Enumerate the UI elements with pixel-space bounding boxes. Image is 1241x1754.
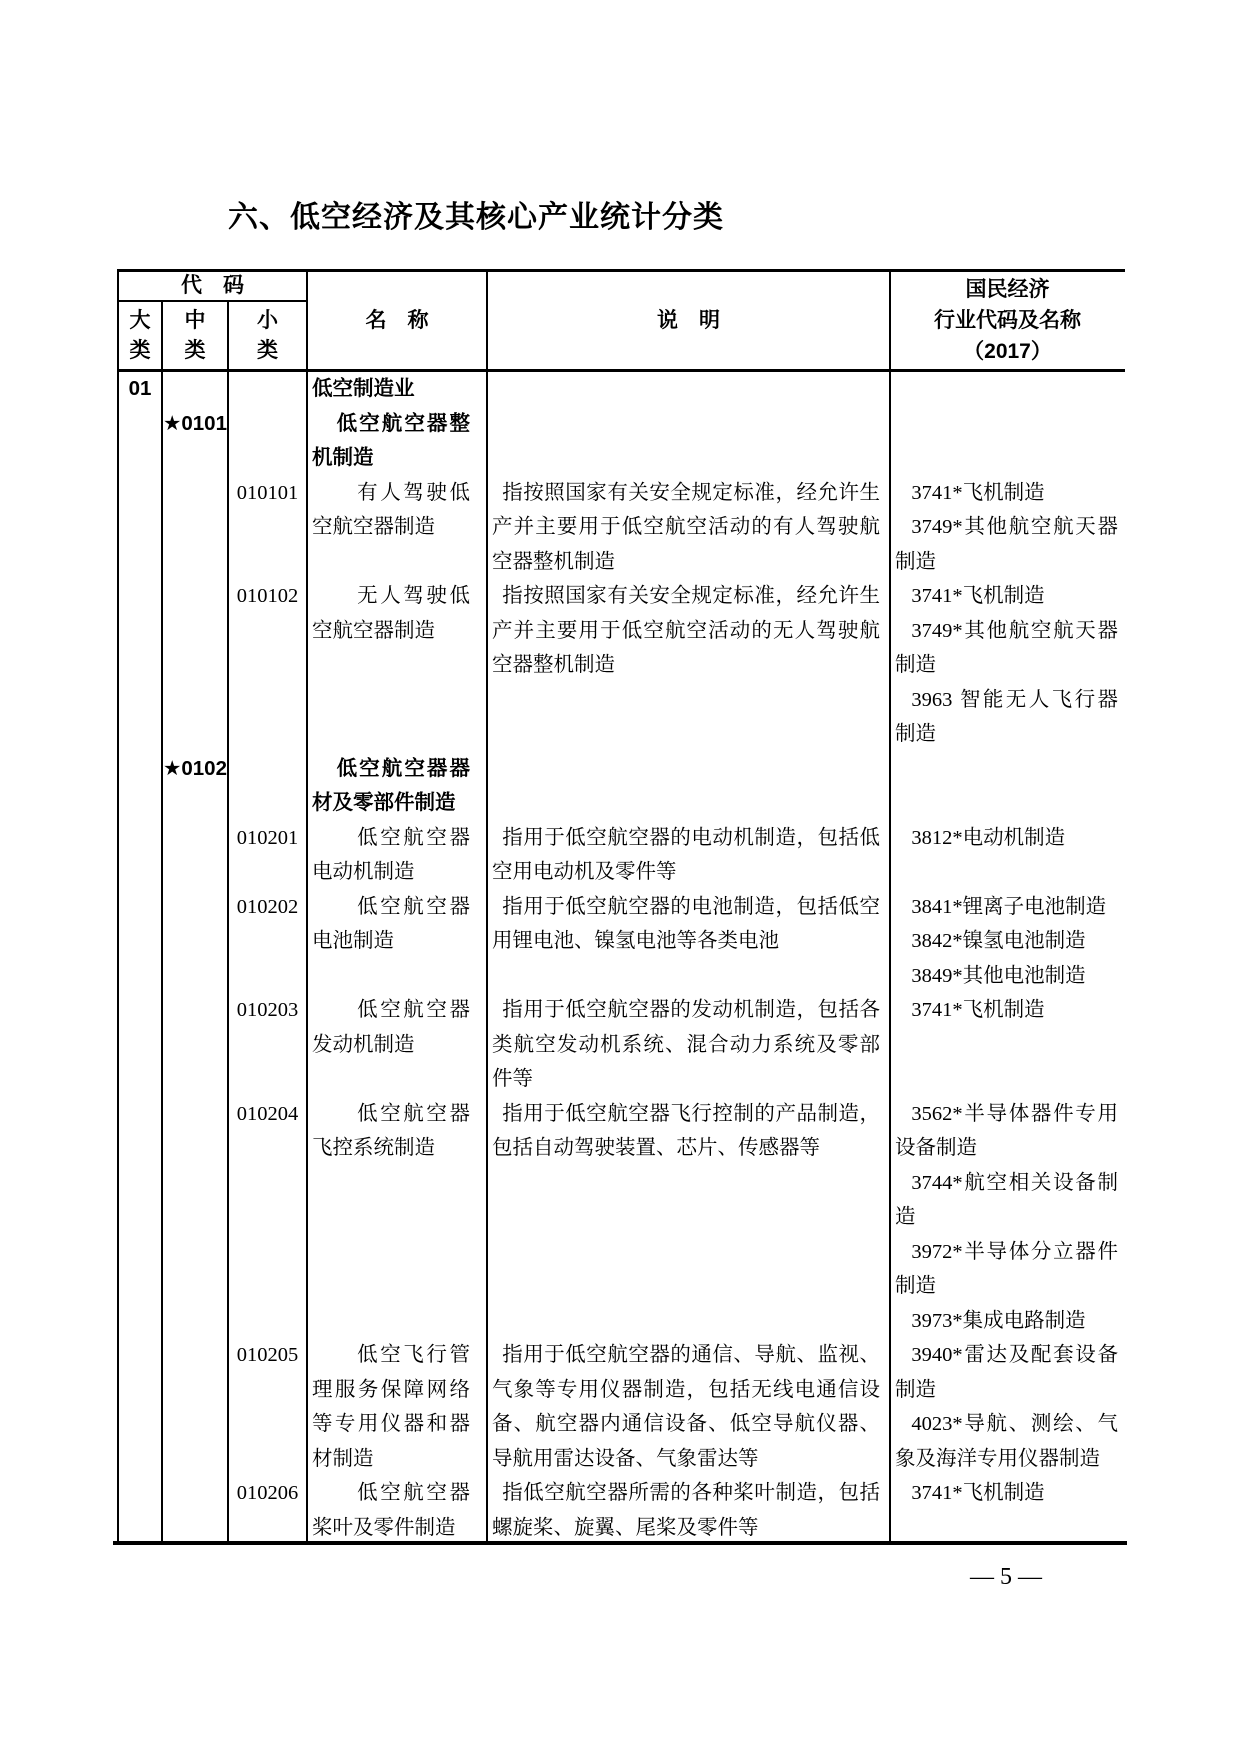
major-code-cell — [119, 890, 161, 994]
industry-entry: 3812*电动机制造 — [895, 821, 1118, 856]
minor-code-cell: 010205 — [227, 1338, 306, 1476]
name-cell: 低空航空器电池制造 — [306, 890, 486, 994]
table-row: 010205低空飞行管理服务保障网络等专用仪器和器材制造指用于低空航空器的通信、… — [119, 1338, 1125, 1476]
minor-code-cell: 010102 — [227, 579, 306, 752]
name-cell: 低空飞行管理服务保障网络等专用仪器和器材制造 — [306, 1338, 486, 1476]
industry-entry: 3741*飞机制造 — [895, 579, 1118, 614]
category-name: 低空飞行管理服务保障网络等专用仪器和器材制造 — [312, 1338, 470, 1476]
minor-code-cell — [227, 372, 306, 407]
description-cell: 指用于低空航空器的电动机制造，包括低空用电动机及零件等 — [486, 821, 889, 890]
name-cell: 低空航空器飞控系统制造 — [306, 1097, 486, 1339]
category-name: 有人驾驶低空航空器制造 — [312, 476, 470, 545]
industry-entry: 3741*飞机制造 — [895, 993, 1118, 1028]
description-cell: 指低空航空器所需的各种桨叶制造，包括螺旋桨、旋翼、尾桨及零件等 — [486, 1476, 889, 1545]
industry-entry: 3849*其他电池制造 — [895, 959, 1118, 994]
category-description: 指低空航空器所需的各种桨叶制造，包括螺旋桨、旋翼、尾桨及零件等 — [492, 1476, 880, 1545]
industry-cell: 3741*飞机制造3749*其他航空航天器制造3963 智能无人飞行器制造 — [889, 579, 1124, 752]
industry-entry: 3841*锂离子电池制造 — [895, 890, 1118, 925]
major-code-cell — [119, 1476, 161, 1545]
name-cell: 低空航空器桨叶及零件制造 — [306, 1476, 486, 1545]
description-cell: 指按照国家有关安全规定标准，经允许生产并主要用于低空航空活动的有人驾驶航空器整机… — [486, 476, 889, 580]
major-code-cell — [119, 1097, 161, 1339]
category-name: 低空航空器器材及零部件制造 — [312, 752, 470, 821]
table-row: 01低空制造业 — [119, 372, 1125, 407]
description-cell — [486, 407, 889, 476]
description-cell: 指用于低空航空器飞行控制的产品制造，包括自动驾驶装置、芯片、传感器等 — [486, 1097, 889, 1339]
header-col-description: 说 明 — [486, 272, 889, 369]
industry-cell — [889, 407, 1124, 476]
category-name: 低空航空器电动机制造 — [312, 821, 470, 890]
minor-code-cell: 010204 — [227, 1097, 306, 1339]
table-row: 010202低空航空器电池制造指用于低空航空器的电池制造，包括低空用锂电池、镍氢… — [119, 890, 1125, 994]
major-code-cell — [119, 1338, 161, 1476]
header-code-subrow: 大类 中类 小类 — [119, 302, 306, 369]
header-col-minor-class: 小类 — [227, 302, 306, 369]
category-description: 指按照国家有关安全规定标准，经允许生产并主要用于低空航空活动的有人驾驶航空器整机… — [492, 476, 880, 580]
header-code-block: 代 码 大类 中类 小类 — [119, 272, 306, 369]
mid-code-cell — [161, 579, 227, 752]
description-cell: 指用于低空航空器的发动机制造，包括各类航空发动机系统、混合动力系统及零部件等 — [486, 993, 889, 1097]
category-name: 低空航空器发动机制造 — [312, 993, 470, 1062]
minor-code-cell — [227, 752, 306, 821]
industry-cell — [889, 372, 1124, 407]
mid-code-cell — [161, 821, 227, 890]
category-description: 指用于低空航空器的发动机制造，包括各类航空发动机系统、混合动力系统及零部件等 — [492, 993, 880, 1097]
mid-code-cell — [161, 993, 227, 1097]
header-code-group: 代 码 — [119, 272, 306, 302]
mid-code-cell — [161, 476, 227, 580]
industry-cell: 3741*飞机制造 — [889, 1476, 1124, 1545]
header-col-name: 名 称 — [306, 272, 486, 369]
category-description: 指用于低空航空器的电池制造，包括低空用锂电池、镍氢电池等各类电池 — [492, 890, 880, 959]
category-description: 指用于低空航空器的电动机制造，包括低空用电动机及零件等 — [492, 821, 880, 890]
header-col-major-class: 大类 — [119, 302, 161, 369]
industry-cell: 3812*电动机制造 — [889, 821, 1124, 890]
name-cell: 低空制造业 — [306, 372, 486, 407]
name-cell: 低空航空器整机制造 — [306, 407, 486, 476]
industry-cell: 3562*半导体器件专用设备制造3744*航空相关设备制造3972*半导体分立器… — [889, 1097, 1124, 1339]
minor-code-cell: 010101 — [227, 476, 306, 580]
category-name: 低空航空器桨叶及零件制造 — [312, 1476, 470, 1545]
header-col-industry: 国民经济 行业代码及名称 （2017） — [889, 272, 1124, 369]
mid-code-cell — [161, 890, 227, 994]
description-cell — [486, 752, 889, 821]
table-row: 010201低空航空器电动机制造指用于低空航空器的电动机制造，包括低空用电动机及… — [119, 821, 1125, 890]
category-description: 指用于低空航空器飞行控制的产品制造，包括自动驾驶装置、芯片、传感器等 — [492, 1097, 880, 1166]
table-row: 010101有人驾驶低空航空器制造指按照国家有关安全规定标准，经允许生产并主要用… — [119, 476, 1125, 580]
industry-entry: 3972*半导体分立器件制造 — [895, 1235, 1118, 1304]
page-title: 六、低空经济及其核心产业统计分类 — [228, 192, 724, 236]
table-row: ★0101低空航空器整机制造 — [119, 407, 1125, 476]
name-cell: 低空航空器发动机制造 — [306, 993, 486, 1097]
table-row: 010102无人驾驶低空航空器制造指按照国家有关安全规定标准，经允许生产并主要用… — [119, 579, 1125, 752]
major-code-cell: 01 — [119, 372, 161, 407]
classification-table: 代 码 大类 中类 小类 名 称 说 明 国民经济 行业代码及名称 — [117, 269, 1125, 1545]
industry-entry: 3741*飞机制造 — [895, 476, 1118, 511]
category-name: 无人驾驶低空航空器制造 — [312, 579, 470, 648]
mid-code-cell: ★0102 — [161, 752, 227, 821]
industry-cell: 3741*飞机制造 — [889, 993, 1124, 1097]
category-description: 指按照国家有关安全规定标准，经允许生产并主要用于低空航空活动的无人驾驶航空器整机… — [492, 579, 880, 683]
minor-code-cell — [227, 407, 306, 476]
name-cell: 无人驾驶低空航空器制造 — [306, 579, 486, 752]
mid-code-cell — [161, 1476, 227, 1545]
industry-entry: 3741*飞机制造 — [895, 1476, 1118, 1511]
industry-entry: 3973*集成电路制造 — [895, 1304, 1118, 1339]
industry-entry: 3749*其他航空航天器制造 — [895, 614, 1118, 683]
minor-code-cell: 010202 — [227, 890, 306, 994]
name-cell: 有人驾驶低空航空器制造 — [306, 476, 486, 580]
table-row: 010203低空航空器发动机制造指用于低空航空器的发动机制造，包括各类航空发动机… — [119, 993, 1125, 1097]
mid-code-cell: ★0101 — [161, 407, 227, 476]
major-code-cell — [119, 993, 161, 1097]
major-code-cell — [119, 752, 161, 821]
name-cell: 低空航空器器材及零部件制造 — [306, 752, 486, 821]
major-code-cell — [119, 579, 161, 752]
name-cell: 低空航空器电动机制造 — [306, 821, 486, 890]
description-cell: 指用于低空航空器的电池制造，包括低空用锂电池、镍氢电池等各类电池 — [486, 890, 889, 994]
minor-code-cell: 010201 — [227, 821, 306, 890]
document-page: 六、低空经济及其核心产业统计分类 代 码 大类 中类 小类 名 称 说 明 — [0, 0, 1241, 1754]
industry-cell: 3741*飞机制造3749*其他航空航天器制造 — [889, 476, 1124, 580]
table-header: 代 码 大类 中类 小类 名 称 说 明 国民经济 行业代码及名称 — [119, 272, 1125, 372]
industry-cell: 3940*雷达及配套设备制造4023*导航、测绘、气象及海洋专用仪器制造 — [889, 1338, 1124, 1476]
page-number: — 5 — — [936, 1564, 1076, 1591]
header-col-mid-class: 中类 — [161, 302, 227, 369]
major-code-cell — [119, 407, 161, 476]
industry-entry: 3940*雷达及配套设备制造 — [895, 1338, 1118, 1407]
industry-entry: 3842*镍氢电池制造 — [895, 924, 1118, 959]
table-row: ★0102低空航空器器材及零部件制造 — [119, 752, 1125, 821]
mid-code-cell — [161, 1338, 227, 1476]
category-name: 低空航空器电池制造 — [312, 890, 470, 959]
industry-entry: 3562*半导体器件专用设备制造 — [895, 1097, 1118, 1166]
table-bottom-rule — [113, 1541, 1127, 1545]
mid-code-cell — [161, 1097, 227, 1339]
minor-code-cell: 010203 — [227, 993, 306, 1097]
minor-code-cell: 010206 — [227, 1476, 306, 1545]
major-code-cell — [119, 821, 161, 890]
major-code-cell — [119, 476, 161, 580]
industry-cell: 3841*锂离子电池制造3842*镍氢电池制造3849*其他电池制造 — [889, 890, 1124, 994]
table-body: 01低空制造业★0101低空航空器整机制造010101有人驾驶低空航空器制造指按… — [119, 372, 1125, 1545]
industry-entry: 3744*航空相关设备制造 — [895, 1166, 1118, 1235]
description-cell: 指用于低空航空器的通信、导航、监视、气象等专用仪器制造，包括无线电通信设备、航空… — [486, 1338, 889, 1476]
description-cell — [486, 372, 889, 407]
table-row: 010206低空航空器桨叶及零件制造指低空航空器所需的各种桨叶制造，包括螺旋桨、… — [119, 1476, 1125, 1545]
mid-code-cell — [161, 372, 227, 407]
industry-entry: 3963 智能无人飞行器制造 — [895, 683, 1118, 752]
description-cell: 指按照国家有关安全规定标准，经允许生产并主要用于低空航空活动的无人驾驶航空器整机… — [486, 579, 889, 752]
industry-entry: 4023*导航、测绘、气象及海洋专用仪器制造 — [895, 1407, 1118, 1476]
category-name: 低空制造业 — [312, 372, 470, 407]
industry-cell — [889, 752, 1124, 821]
industry-entry: 3749*其他航空航天器制造 — [895, 510, 1118, 579]
category-name: 低空航空器飞控系统制造 — [312, 1097, 470, 1166]
category-description: 指用于低空航空器的通信、导航、监视、气象等专用仪器制造，包括无线电通信设备、航空… — [492, 1338, 880, 1476]
table-row: 010204低空航空器飞控系统制造指用于低空航空器飞行控制的产品制造，包括自动驾… — [119, 1097, 1125, 1339]
category-name: 低空航空器整机制造 — [312, 407, 470, 476]
